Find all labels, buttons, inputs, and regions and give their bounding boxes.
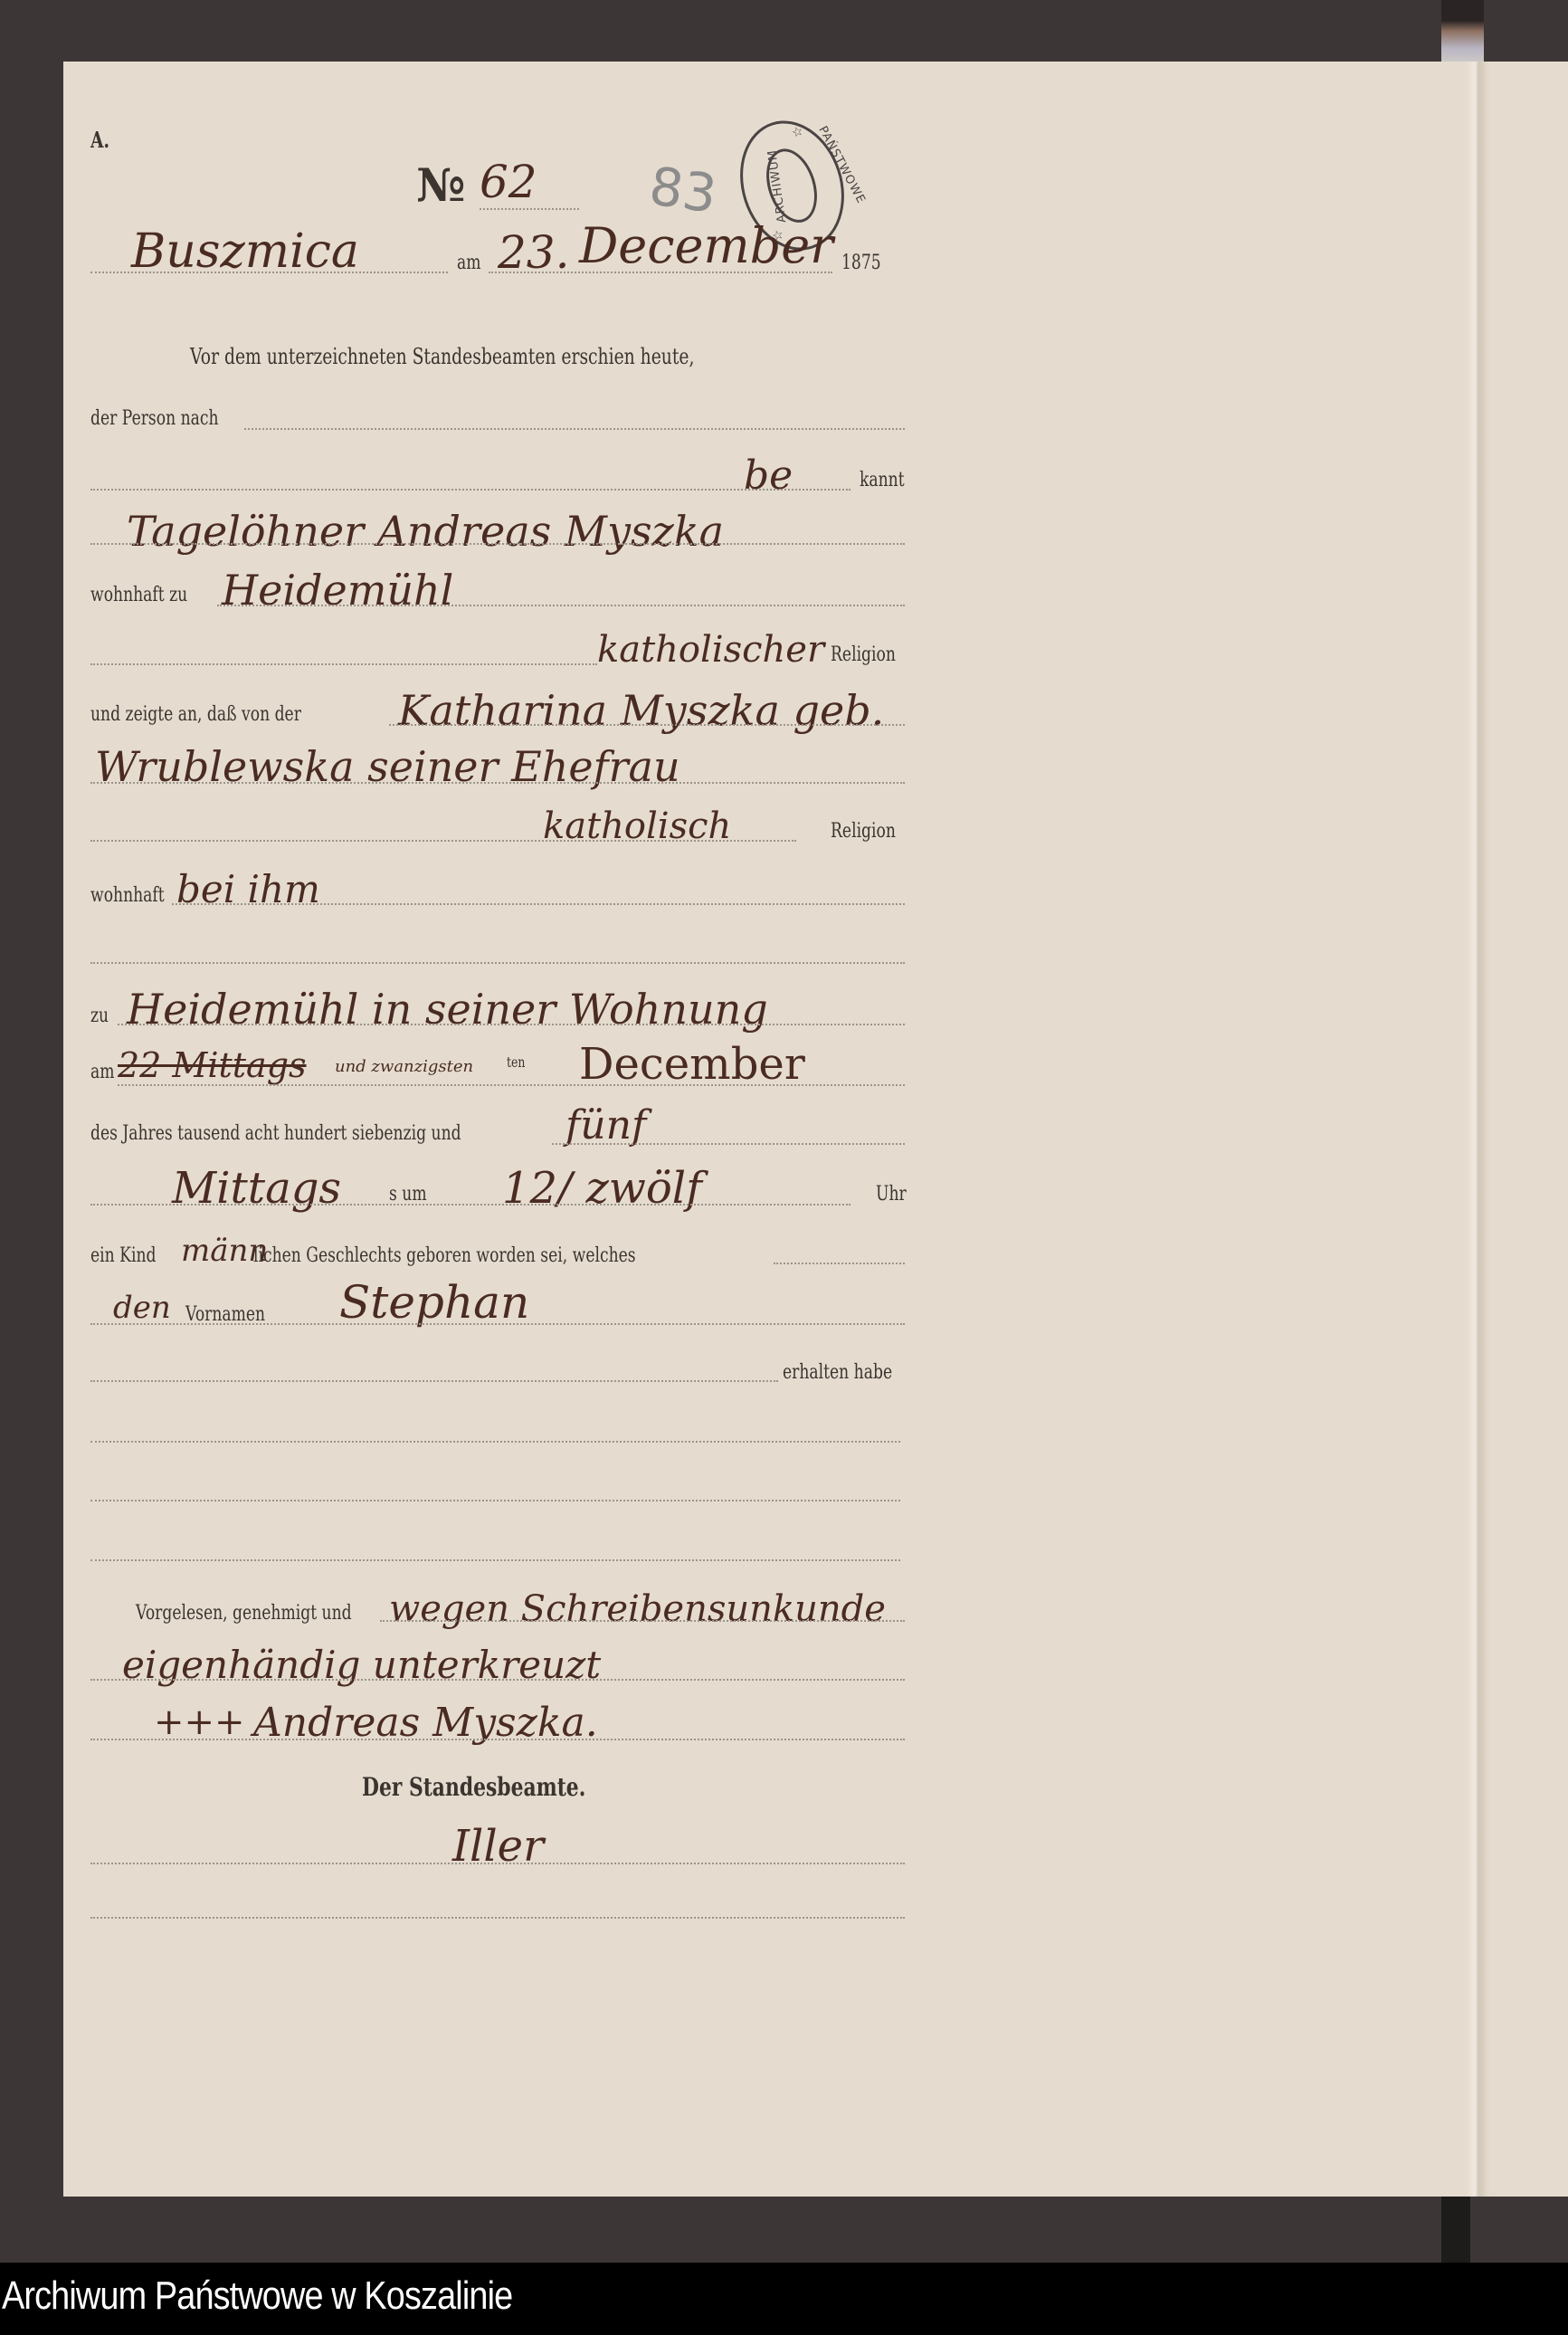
binder-gap-top (1441, 0, 1484, 69)
line (90, 1739, 905, 1740)
religion-label: Religion (831, 820, 896, 843)
line (90, 1679, 905, 1681)
residence-hand: Heidemühl (222, 566, 453, 615)
line (90, 1559, 900, 1561)
number-label: № (416, 158, 465, 212)
line (118, 1024, 905, 1025)
pencil-note: 83 (646, 155, 721, 225)
place-line (90, 272, 448, 273)
known-hand: be (744, 453, 793, 499)
birthday-label: am (90, 1061, 115, 1083)
line (172, 903, 905, 905)
form-letter: A. (90, 127, 109, 153)
line (90, 1500, 900, 1501)
birthday-insert-hand: und zwanzigsten (335, 1057, 473, 1076)
line (90, 543, 905, 545)
religion-label: Religion (831, 643, 896, 666)
birthday-suffix: ten (507, 1053, 525, 1071)
announced-label: und zeigte an, daß von der (90, 703, 301, 726)
line (90, 1441, 900, 1443)
binder-gap-bottom (1441, 2197, 1470, 2263)
year-label: des Jahres tausend acht hundert siebenzi… (90, 1122, 461, 1145)
residence-label: wohnhaft zu (90, 584, 187, 606)
child-label-a: ein Kind (90, 1244, 157, 1267)
date-prefix: am (457, 252, 481, 274)
line (90, 962, 905, 964)
line (552, 1143, 905, 1145)
place-hand: Buszmica (131, 224, 359, 279)
record-number: 62 (480, 156, 537, 208)
line (774, 1263, 905, 1264)
line (389, 724, 905, 726)
date-year: 1875 (841, 252, 881, 274)
mother-hand: Katharina Myszka geb. (398, 686, 884, 735)
line (380, 1620, 905, 1622)
time-hand: Mittags (172, 1163, 341, 1214)
mother-religion-hand: katholisch (543, 805, 731, 847)
birthday-month-hand: December (579, 1039, 805, 1090)
year-hand: fünf (565, 1102, 646, 1148)
line (90, 782, 905, 784)
line (118, 1084, 905, 1086)
line (90, 1323, 905, 1325)
line (90, 1863, 905, 1864)
archive-caption: Archiwum Państwowe w Koszalinie (2, 2273, 512, 2319)
received-label: erhalten habe (783, 1361, 892, 1384)
signature-marks: +++ (154, 1701, 245, 1743)
known-label: kannt (860, 469, 905, 491)
time-hour-hand: 12/ zwölf (502, 1163, 702, 1214)
person-label: der Person nach (90, 407, 219, 430)
birthplace-hand: Heidemühl in seiner Wohnung (127, 985, 768, 1034)
birthplace-label: zu (90, 1005, 109, 1027)
line (90, 663, 597, 665)
birthday-struck-hand: 22 Mittags (118, 1045, 307, 1085)
page-fold (1466, 62, 1489, 2197)
date-month-hand: December (579, 217, 833, 274)
informant-hand: Tagelöhner Andreas Myszka (127, 507, 724, 556)
line (90, 489, 851, 491)
line (90, 1204, 851, 1206)
closing-label: Vorgelesen, genehmigt und (136, 1602, 352, 1625)
closing-hand: wegen Schreibensunkunde (389, 1588, 886, 1630)
line (244, 428, 905, 430)
time-label-mid: s um (389, 1183, 427, 1206)
line (217, 605, 905, 606)
name-prefix-hand: den (113, 1290, 171, 1326)
child-label-b: lichen Geschlechts geboren worden sei, w… (253, 1244, 636, 1267)
informant-religion-hand: katholischer (597, 629, 824, 671)
star-icon: ☆ (790, 124, 805, 141)
line (90, 1380, 778, 1382)
registrar-label: Der Standesbeamte. (362, 1772, 585, 1802)
intro-text: Vor dem unterzeichneten Standesbeamten e… (190, 344, 694, 369)
date-line (489, 272, 832, 273)
line (90, 1917, 905, 1919)
child-name-hand: Stephan (339, 1276, 529, 1329)
time-label: Uhr (876, 1183, 907, 1206)
number-line (480, 208, 579, 210)
mother-residence-label: wohnhaft (90, 884, 165, 907)
